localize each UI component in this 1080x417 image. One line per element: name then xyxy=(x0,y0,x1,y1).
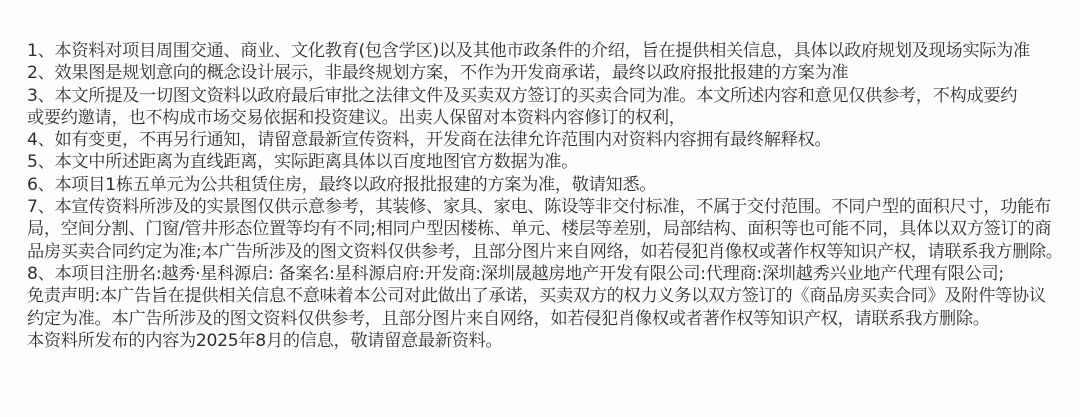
item-1-line-1: 1、本资料对项目周围交通、商业、文化教育(包含学区)以及其他市政条件的介绍，旨在… xyxy=(27,40,1067,62)
item-2-line-1: 2、效果图是规划意向的概念设计展示，非最终规划方案，不作为开发商承诺，最终以政府… xyxy=(27,62,1067,84)
disclaimer-text: 1、本资料对项目周围交通、商业、文化教育(包含学区)以及其他市政条件的介绍，旨在… xyxy=(27,40,1067,352)
item-5-line-1: 5、本文中所述距离为直线距离，实际距离具体以百度地图官方数据为准。 xyxy=(27,151,1067,173)
publication-date-note: 本资料所发布的内容为2025年8月的信息，敬请留意最新资料。 xyxy=(27,330,1067,352)
item-7-line-2: 局，空间分割、门窗/管井形态位置等均有不同;相同户型因楼栋、单元、楼层等差别，局… xyxy=(27,218,1067,240)
item-8-line-1: 8、本项目注册名:越秀·星科源启: 备案名:星科源启府:开发商:深圳晟越房地产开… xyxy=(27,263,1067,285)
item-7-line-3: 品房买卖合同约定为准;本广告所涉及的图文资料仅供参考，且部分图片来自网络，如若侵… xyxy=(27,241,1067,263)
item-4-line-1: 4、如有变更，不再另行通知，请留意最新宣传资料，开发商在法律允许范围内对资料内容… xyxy=(27,129,1067,151)
item-6-line-1: 6、本项目1栋五单元为公共租赁住房，最终以政府报批报建的方案为准，敬请知悉。 xyxy=(27,174,1067,196)
item-3-line-2: 或要约邀请，也不构成市场交易依据和投资建议。出卖人保留对本资料内容修订的权利， xyxy=(27,107,1067,129)
item-3-line-1: 3、本文所提及一切图文资料以政府最后审批之法律文件及买卖双方签订的买卖合同为准。… xyxy=(27,85,1067,107)
disclaimer-statement-line-1: 免责声明:本广告旨在提供相关信息不意味着本公司对此做出了承诺，买卖双方的权力义务… xyxy=(27,285,1067,307)
disclaimer-statement-line-2: 约定为准。本广告所涉及的图文资料仅供参考，且部分图片来自网络，如若侵犯肖像权或者… xyxy=(27,308,1067,330)
item-7-line-1: 7、本宣传资料所涉及的实景图仅供示意参考，其装修、家具、家电、陈设等非交付标准，… xyxy=(27,196,1067,218)
